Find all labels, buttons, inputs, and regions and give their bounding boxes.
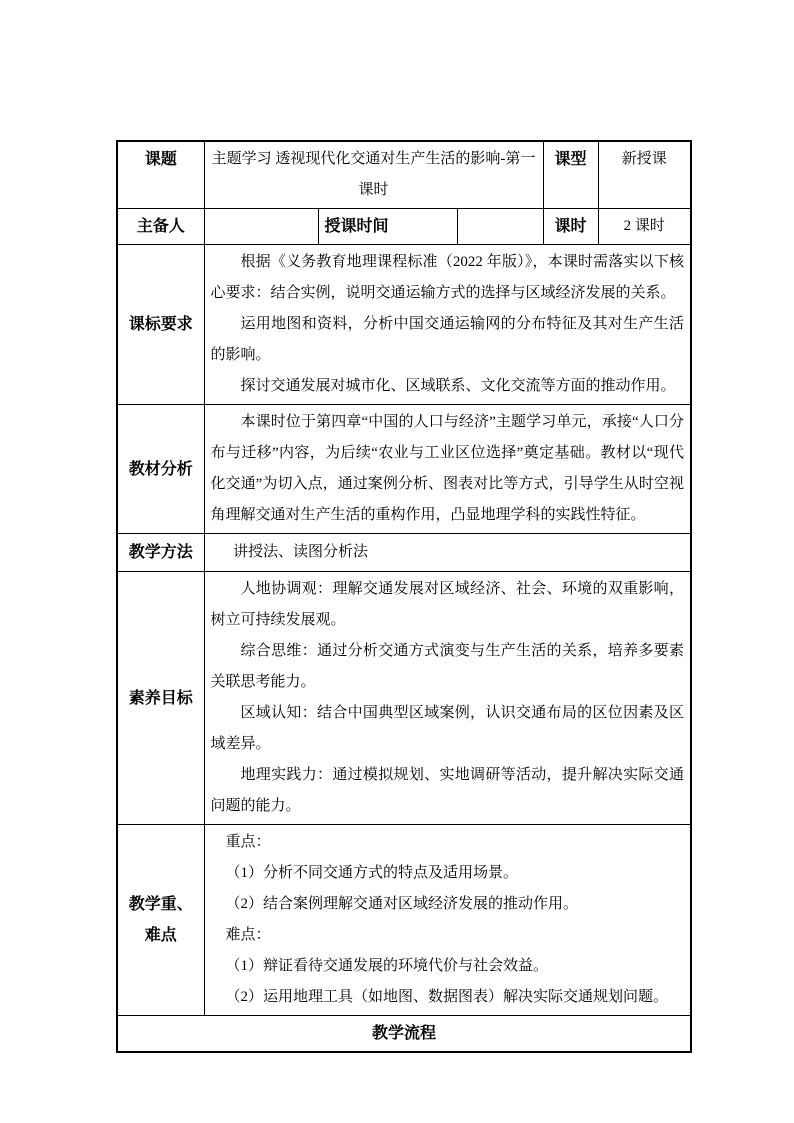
teaching-process-header: 教学流程 [117,1016,691,1053]
paragraph: 重点： [211,827,685,858]
course-type-label: 课型 [543,141,598,209]
paragraph: 根据《义务教育地理课程标准（2022 年版）》，本课时需落实以下核心要求：结合实… [211,247,685,309]
teaching-method-content: 讲授法、读图分析法 [204,534,691,572]
course-type-value: 新授课 [598,141,691,209]
class-hours-label: 课时 [543,209,598,245]
curriculum-standard-content: 根据《义务教育地理课程标准（2022 年版）》，本课时需落实以下核心要求：结合实… [204,245,691,405]
topic-label: 课题 [117,141,204,209]
key-difficult-points-content: 重点： （1）分析不同交通方式的特点及适用场景。 （2）结合案例理解交通对区域经… [204,825,691,1016]
table-row: 课题 主题学习 透视现代化交通对生产生活的影响-第一课时 课型 新授课 [117,141,691,209]
competency-goals-label: 素养目标 [117,572,204,825]
table-row: 课标要求 根据《义务教育地理课程标准（2022 年版）》，本课时需落实以下核心要… [117,245,691,405]
textbook-analysis-label: 教材分析 [117,405,204,534]
teaching-time-label: 授课时间 [318,209,457,245]
paragraph: 人地协调观：理解交通发展对区域经济、社会、环境的双重影响，树立可持续发展观。 [211,574,685,636]
lead-preparer-value [204,209,318,245]
lesson-plan-table: 课题 主题学习 透视现代化交通对生产生活的影响-第一课时 课型 新授课 主备人 … [116,140,692,1053]
table-row: 教学流程 [117,1016,691,1053]
key-difficult-points-label: 教学重、难点 [117,825,204,1016]
competency-goals-content: 人地协调观：理解交通发展对区域经济、社会、环境的双重影响，树立可持续发展观。 综… [204,572,691,825]
topic-value: 主题学习 透视现代化交通对生产生活的影响-第一课时 [204,141,543,209]
teaching-time-value [457,209,543,245]
teaching-method-label: 教学方法 [117,534,204,572]
table-row: 教材分析 本课时位于第四章“中国的人口与经济”主题学习单元，承接“人口分布与迁移… [117,405,691,534]
lead-preparer-label: 主备人 [117,209,204,245]
paragraph: （1）分析不同交通方式的特点及适用场景。 [211,858,685,889]
curriculum-standard-label: 课标要求 [117,245,204,405]
paragraph: （2）运用地理工具（如地图、数据图表）解决实际交通规划问题。 [211,982,685,1013]
paragraph: （2）结合案例理解交通对区域经济发展的推动作用。 [211,889,685,920]
document-page: 课题 主题学习 透视现代化交通对生产生活的影响-第一课时 课型 新授课 主备人 … [0,0,794,1123]
paragraph: 地理实践力：通过模拟规划、实地调研等活动，提升解决实际交通问题的能力。 [211,760,685,822]
paragraph: 本课时位于第四章“中国的人口与经济”主题学习单元，承接“人口分布与迁移”内容，为… [211,407,685,531]
table-row: 素养目标 人地协调观：理解交通发展对区域经济、社会、环境的双重影响，树立可持续发… [117,572,691,825]
paragraph: 探讨交通发展对城市化、区域联系、文化交流等方面的推动作用。 [211,371,685,402]
table-row: 教学方法 讲授法、读图分析法 [117,534,691,572]
table-row: 教学重、难点 重点： （1）分析不同交通方式的特点及适用场景。 （2）结合案例理… [117,825,691,1016]
paragraph: 难点： [211,920,685,951]
paragraph: 综合思维：通过分析交通方式演变与生产生活的关系，培养多要素关联思考能力。 [211,636,685,698]
paragraph: 区域认知：结合中国典型区域案例，认识交通布局的区位因素及区域差异。 [211,698,685,760]
textbook-analysis-content: 本课时位于第四章“中国的人口与经济”主题学习单元，承接“人口分布与迁移”内容，为… [204,405,691,534]
paragraph: 运用地图和资料，分析中国交通运输网的分布特征及其对生产生活的影响。 [211,309,685,371]
class-hours-value: 2 课时 [598,209,691,245]
paragraph: （1）辩证看待交通发展的环境代价与社会效益。 [211,951,685,982]
table-row: 主备人 授课时间 课时 2 课时 [117,209,691,245]
